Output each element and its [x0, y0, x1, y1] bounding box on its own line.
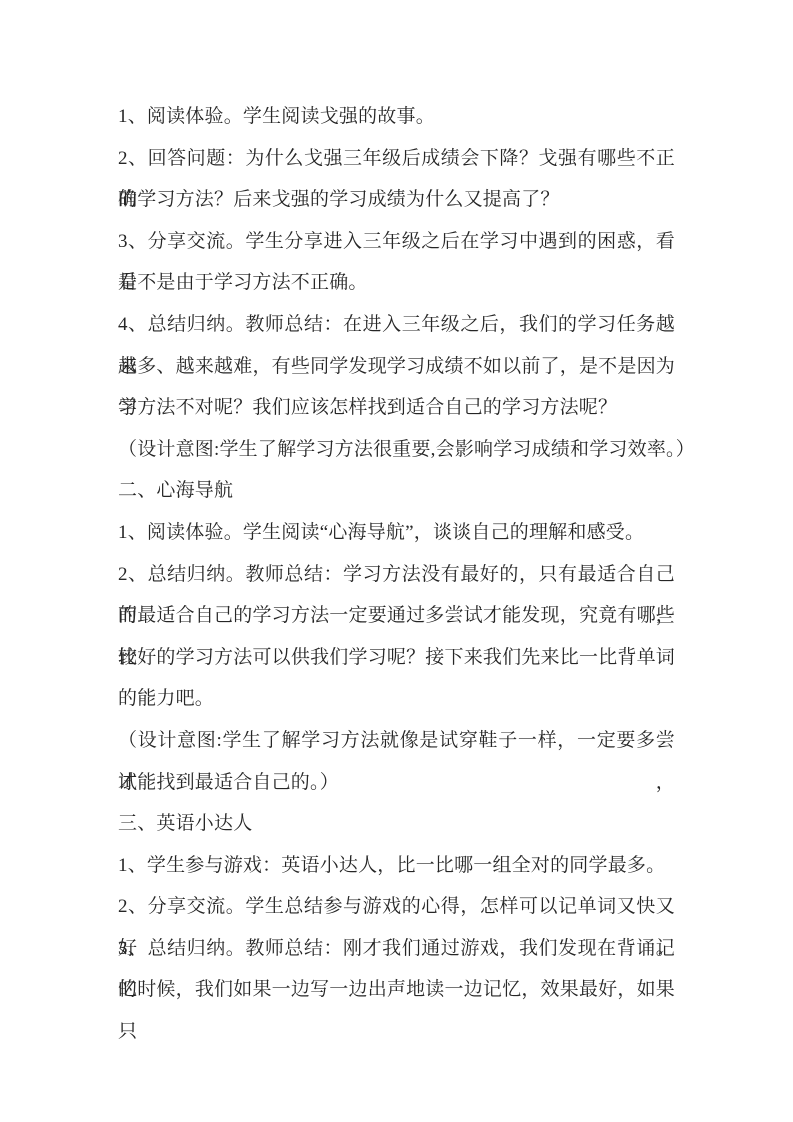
text-line: 2、分享交流。学生总结参与游戏的心得，怎样可以记单词又快又好。	[118, 886, 675, 928]
design-note-line: （设计意图:学生了解学习方法就像是试穿鞋子一样，一定要多尝试，	[118, 720, 675, 762]
text-line: 较好的学习方法可以供我们学习呢？接下来我们先来比一比背单词	[118, 637, 675, 679]
text-line: 习方法不对呢？我们应该怎样找到适合自己的学习方法呢？	[118, 387, 675, 429]
text-line: 的能力吧。	[118, 678, 675, 720]
text-line: 1、学生参与游戏：英语小达人，比一比哪一组全对的同学最多。	[118, 845, 675, 887]
text-line: 2、回答问题：为什么戈强三年级后成绩会下降？戈强有哪些不正确	[118, 138, 675, 180]
text-line: 1、阅读体验。学生阅读戈强的故事。	[118, 96, 675, 138]
text-line: 4、总结归纳。教师总结：在进入三年级之后，我们的学习任务越来	[118, 304, 675, 346]
text-line: 越多、越来越难，有些同学发现学习成绩不如以前了，是不是因为学	[118, 346, 675, 388]
text-line: 1、阅读体验。学生阅读“心海导航”，谈谈自己的理解和感受。	[118, 512, 675, 554]
text-line: 是不是由于学习方法不正确。	[118, 262, 675, 304]
text-line: 而最适合自己的学习方法一定要通过多尝试才能发现，究竟有哪些比	[118, 595, 675, 637]
section-heading-line: 二、心海导航	[118, 470, 675, 512]
document-page: 1、阅读体验。学生阅读戈强的故事。2、回答问题：为什么戈强三年级后成绩会下降？戈…	[118, 96, 675, 1011]
text-line: 3、分享交流。学生分享进入三年级之后在学习中遇到的困惑，看看	[118, 221, 675, 263]
design-note-line: （设计意图:学生了解学习方法很重要,会影响学习成绩和学习效率。）	[118, 429, 675, 471]
text-line: 的学习方法？后来戈强的学习成绩为什么又提高了？	[118, 179, 675, 221]
text-line: 3、总结归纳。教师总结：刚才我们通过游戏，我们发现在背诵记忆	[118, 928, 675, 970]
section-heading-line: 三、英语小达人	[118, 803, 675, 845]
text-line: 2、总结归纳。教师总结：学习方法没有最好的，只有最适合自己的，	[118, 554, 675, 596]
text-line: 的时候，我们如果一边写一边出声地读一边记忆，效果最好，如果只	[118, 969, 675, 1011]
